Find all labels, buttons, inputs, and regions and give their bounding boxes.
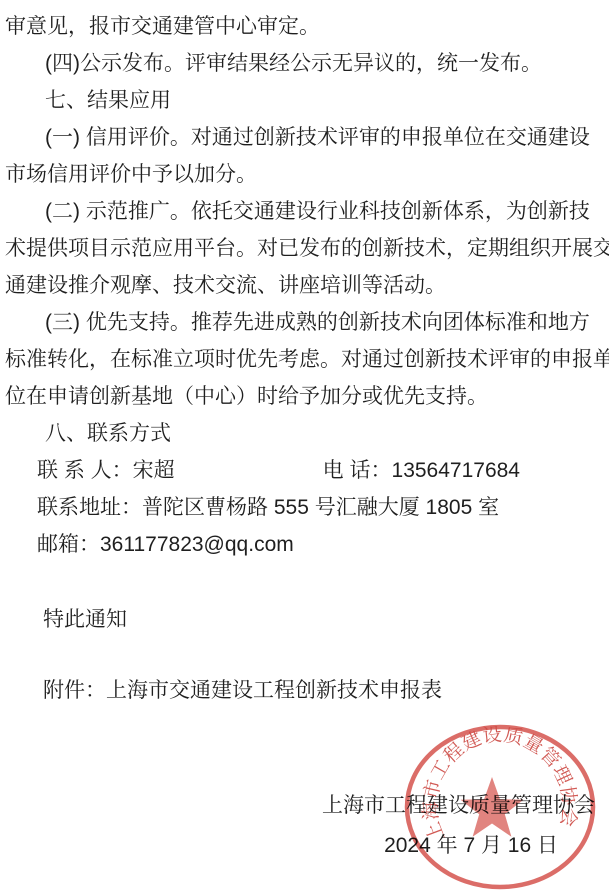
contact-phone-label: 电 话： [323, 459, 392, 482]
contact-email: 邮箱：361177823@qq.com [37, 526, 294, 563]
body-line: 审意见，报市交通建管中心审定。 [5, 8, 604, 45]
section-heading-results: 七、结果应用 [5, 82, 604, 119]
body-line: 通建设推介观摩、技术交流、讲座培训等活动。 [5, 267, 604, 304]
signature-organization: 上海市工程建设质量管理协会 [5, 787, 604, 824]
contact-address: 联系地址：普陀区曹杨路 555 号汇融大厦 1805 室 [37, 489, 499, 526]
signature-date: 2024 年 7 月 16 日 [5, 827, 604, 864]
attachment-line: 附件：上海市交通建设工程创新技术申报表 [5, 672, 604, 709]
body-line: (二) 示范推广。依托交通建设行业科技创新体系，为创新技 [5, 193, 604, 230]
document-page: 审意见，报市交通建管中心审定。 (四)公示发布。评审结果经公示无异议的，统一发布… [0, 0, 609, 896]
body-line: 标准转化，在标准立项时优先考虑。对通过创新技术评审的申报单 [5, 341, 604, 378]
closing-notice: 特此通知 [5, 601, 604, 638]
document-body: 审意见，报市交通建管中心审定。 (四)公示发布。评审结果经公示无异议的，统一发布… [0, 0, 609, 896]
body-line: (四)公示发布。评审结果经公示无异议的，统一发布。 [5, 45, 604, 82]
contact-person-label: 联 系 人： [37, 452, 133, 489]
contact-person-row: 联 系 人：宋超 电 话：13564717684 [5, 452, 604, 489]
contact-address-row: 联系地址：普陀区曹杨路 555 号汇融大厦 1805 室 [5, 489, 604, 526]
contact-email-row: 邮箱：361177823@qq.com [5, 526, 604, 563]
contact-phone-number: 13564717684 [392, 459, 520, 482]
body-line: 市场信用评价中予以加分。 [5, 156, 604, 193]
body-line: (三) 优先支持。推荐先进成熟的创新技术向团体标准和地方 [5, 304, 604, 341]
contact-person-name: 宋超 [133, 452, 175, 489]
section-heading-contact: 八、联系方式 [5, 415, 604, 452]
body-line: 位在申请创新基地（中心）时给予加分或优先支持。 [5, 378, 604, 415]
body-line: (一) 信用评价。对通过创新技术评审的申报单位在交通建设 [5, 119, 604, 156]
body-line: 术提供项目示范应用平台。对已发布的创新技术，定期组织开展交 [5, 230, 604, 267]
